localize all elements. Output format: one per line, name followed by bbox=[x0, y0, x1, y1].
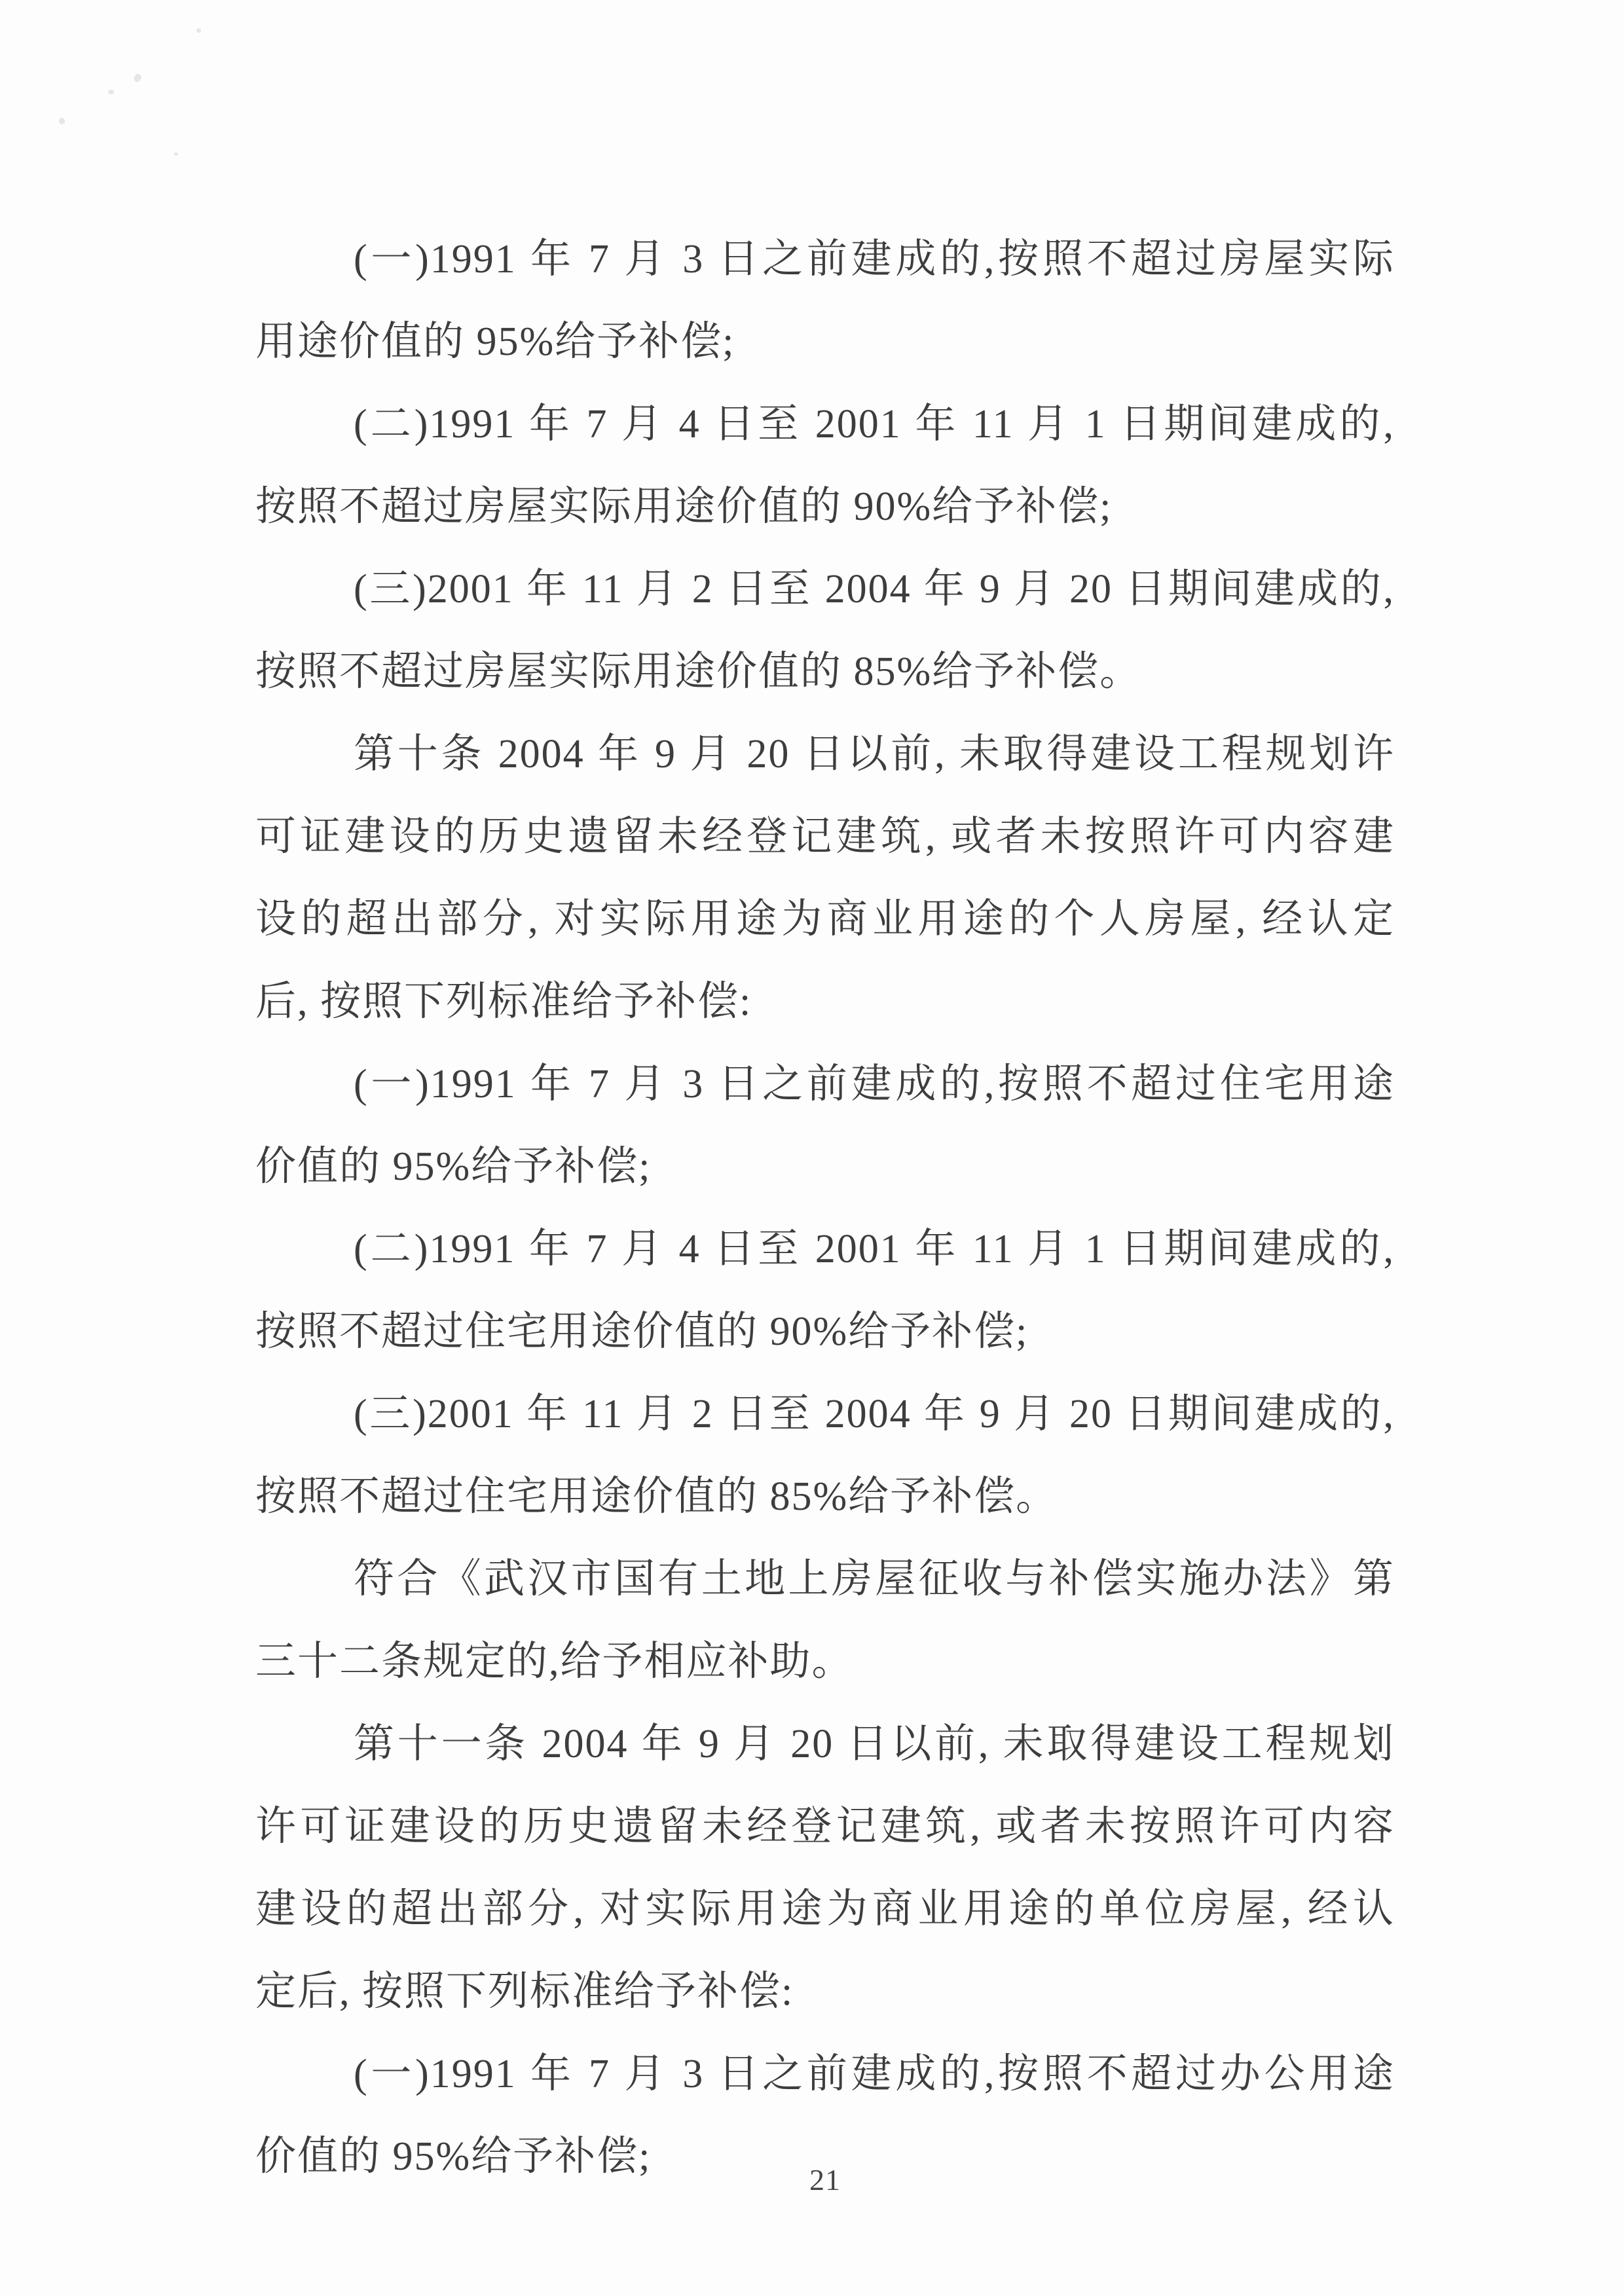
text-line: 定后, 按照下列标准给予补偿: bbox=[255, 1950, 1395, 2033]
document-page: (一)1991 年 7 月 3 日之前建成的,按照不超过房屋实际用途价值的 95… bbox=[0, 0, 1624, 2296]
text-line: 按照不超过房屋实际用途价值的 85%给予补偿。 bbox=[255, 630, 1395, 713]
scan-speck bbox=[108, 90, 114, 94]
text-line: (二)1991 年 7 月 4 日至 2001 年 11 月 1 日期间建成的, bbox=[255, 1208, 1395, 1290]
text-line: 按照不超过住宅用途价值的 90%给予补偿; bbox=[255, 1290, 1395, 1373]
scan-speck bbox=[59, 118, 65, 124]
scan-speck bbox=[133, 73, 143, 82]
text-line: 许可证建设的历史遗留未经登记建筑, 或者未按照许可内容 bbox=[255, 1785, 1395, 1868]
text-line: 按照不超过房屋实际用途价值的 90%给予补偿; bbox=[255, 465, 1395, 548]
text-line: 可证建设的历史遗留未经登记建筑, 或者未按照许可内容建 bbox=[255, 795, 1395, 878]
page-number: 21 bbox=[255, 2160, 1395, 2200]
text-line: (二)1991 年 7 月 4 日至 2001 年 11 月 1 日期间建成的, bbox=[255, 383, 1395, 465]
scan-speck bbox=[196, 28, 201, 33]
text-line: 三十二条规定的,给予相应补助。 bbox=[255, 1620, 1395, 1703]
text-line: 按照不超过住宅用途价值的 85%给予补偿。 bbox=[255, 1455, 1395, 1538]
text-line: (一)1991 年 7 月 3 日之前建成的,按照不超过房屋实际 bbox=[255, 218, 1395, 301]
text-line: 用途价值的 95%给予补偿; bbox=[255, 301, 1395, 383]
scan-speck bbox=[174, 153, 178, 156]
text-line: 第十一条 2004 年 9 月 20 日以前, 未取得建设工程规划 bbox=[255, 1703, 1395, 1785]
text-line: (一)1991 年 7 月 3 日之前建成的,按照不超过办公用途 bbox=[255, 2033, 1395, 2115]
text-line: (三)2001 年 11 月 2 日至 2004 年 9 月 20 日期间建成的… bbox=[255, 1373, 1395, 1455]
text-line: 设的超出部分, 对实际用途为商业用途的个人房屋, 经认定 bbox=[255, 878, 1395, 960]
text-line: 第十条 2004 年 9 月 20 日以前, 未取得建设工程规划许 bbox=[255, 713, 1395, 795]
text-line: (一)1991 年 7 月 3 日之前建成的,按照不超过住宅用途 bbox=[255, 1043, 1395, 1125]
text-line: (三)2001 年 11 月 2 日至 2004 年 9 月 20 日期间建成的… bbox=[255, 548, 1395, 630]
text-line: 符合《武汉市国有土地上房屋征收与补偿实施办法》第 bbox=[255, 1538, 1395, 1620]
text-line: 建设的超出部分, 对实际用途为商业用途的单位房屋, 经认 bbox=[255, 1868, 1395, 1950]
text-line: 后, 按照下列标准给予补偿: bbox=[255, 960, 1395, 1043]
text-line: 价值的 95%给予补偿; bbox=[255, 1125, 1395, 1208]
document-body: (一)1991 年 7 月 3 日之前建成的,按照不超过房屋实际用途价值的 95… bbox=[255, 218, 1395, 2198]
